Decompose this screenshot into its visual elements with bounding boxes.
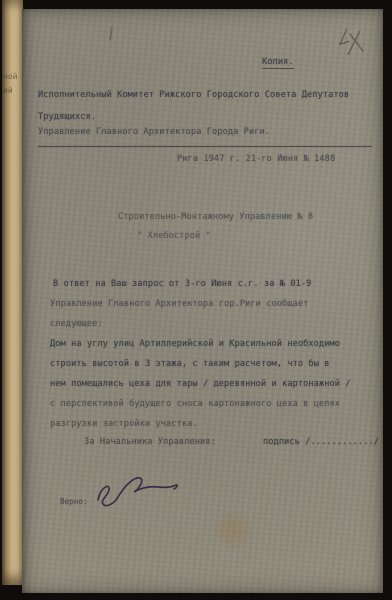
body-line: В ответ на Ваш запрос от 3-го Июня с.г. … bbox=[53, 279, 311, 289]
bleed-text-fragment: ной bbox=[3, 72, 23, 81]
pencil-scratch bbox=[109, 27, 112, 40]
sender-dept-line: Управление Главного Архитектора Города Р… bbox=[38, 127, 270, 137]
signature-placeholder: подпись /............/ bbox=[263, 437, 379, 447]
addressee-line1: Строительно-Монтажному Управлению № 8 bbox=[118, 212, 313, 222]
scanned-document-background: ной ий Копия. Исполнительный Комитет Риж… bbox=[0, 0, 392, 600]
body-line: разгрузки застройки участка. bbox=[50, 419, 198, 429]
copy-label: Копия. bbox=[262, 57, 294, 69]
body-line: с перспективой будущего сноса картонажно… bbox=[50, 399, 340, 409]
date-number-line: Рига 1947 г. 21-го Июня № 1488 bbox=[177, 154, 335, 164]
addressee-line2: " Хлебострой " bbox=[137, 231, 211, 241]
body-line: строить высотой в 3 этажа, с таким расче… bbox=[50, 359, 330, 369]
sender-org-line1: Исполнительный Комитет Рижского Городско… bbox=[38, 90, 349, 100]
underlying-page-edge: ной ий bbox=[2, 0, 23, 585]
body-line: Дом на углу улиц Артиллерийской и Красил… bbox=[50, 339, 340, 349]
body-line: следующее: bbox=[50, 319, 103, 329]
body-line: Управление Главного Архитектора гор.Риги… bbox=[50, 299, 308, 309]
signed-by-label: За Начальника Управления: bbox=[84, 437, 216, 447]
header-divider-line bbox=[38, 146, 372, 147]
certified-label: Верно: bbox=[60, 497, 88, 507]
paper-stain bbox=[213, 510, 253, 550]
handwritten-signature bbox=[86, 470, 181, 518]
bleed-text-fragment: ий bbox=[3, 86, 23, 95]
body-line: нем помещались цеха для тары / деревянно… bbox=[50, 379, 351, 389]
handwritten-page-number-mark bbox=[334, 25, 370, 61]
document-page: Копия. Исполнительный Комитет Рижского Г… bbox=[22, 9, 383, 593]
sender-org-line2: Трудящихся. bbox=[38, 112, 96, 122]
